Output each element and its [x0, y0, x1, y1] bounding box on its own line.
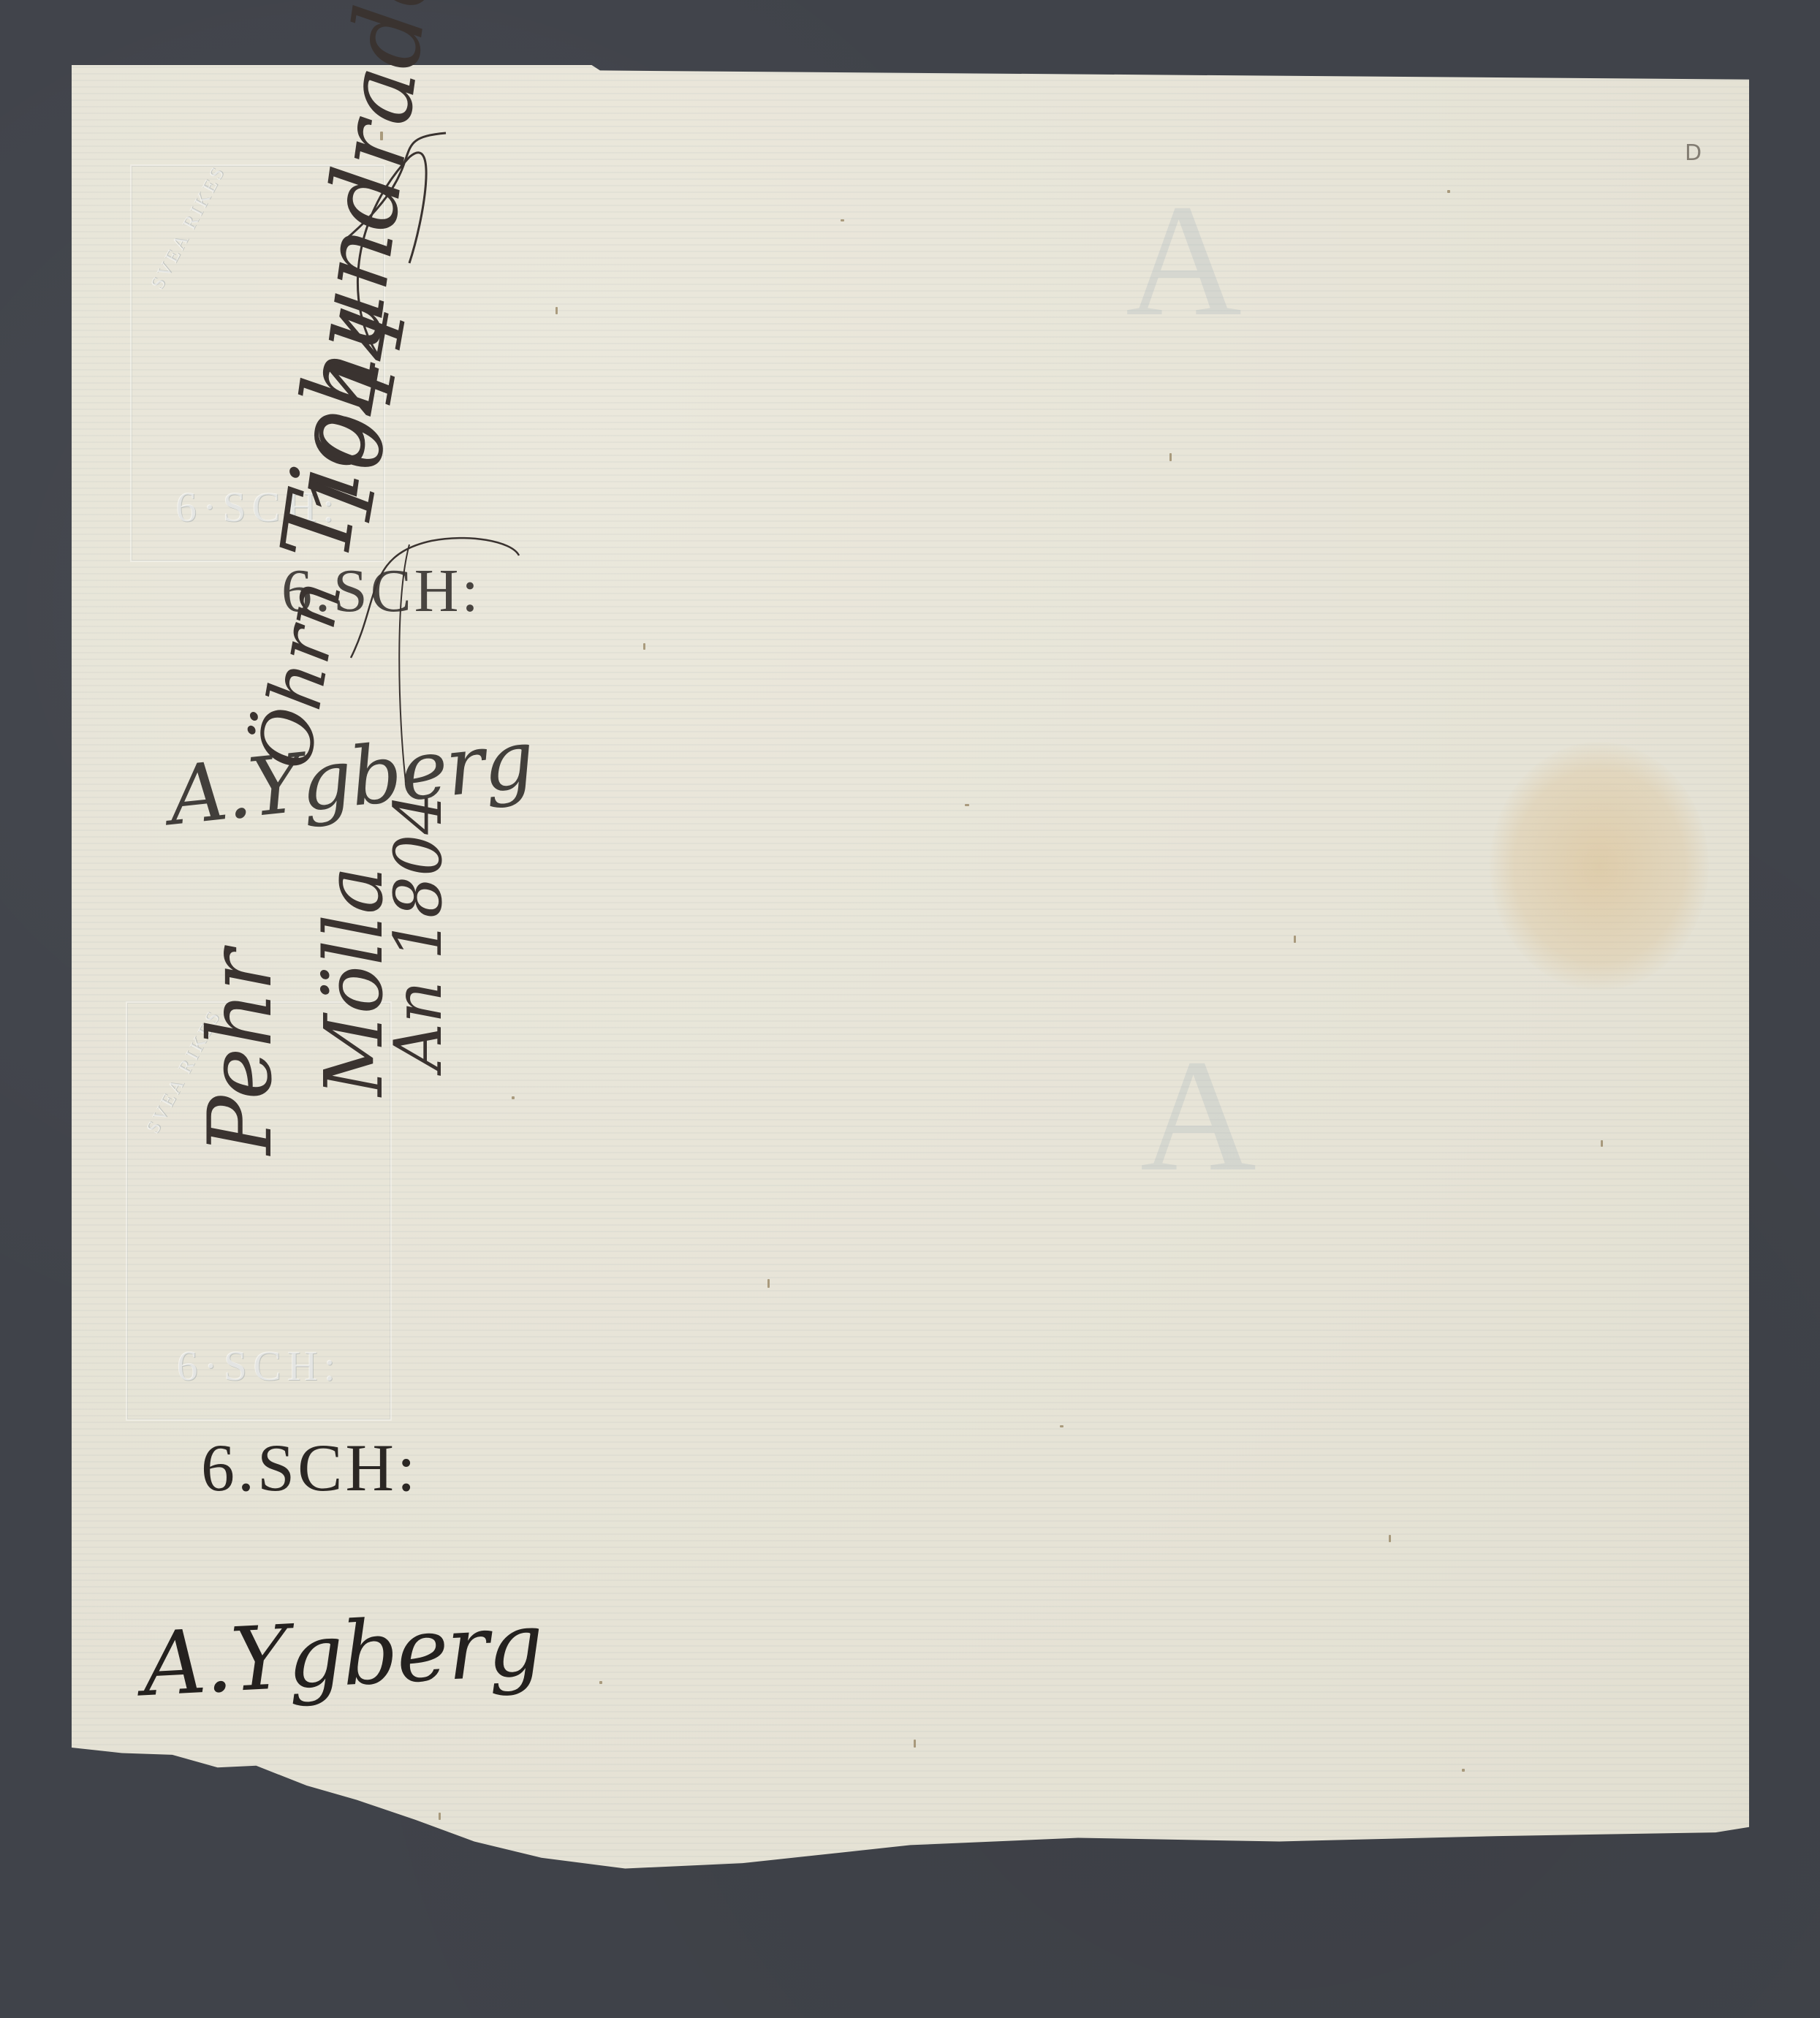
- ink-flourishes: [0, 0, 1820, 2018]
